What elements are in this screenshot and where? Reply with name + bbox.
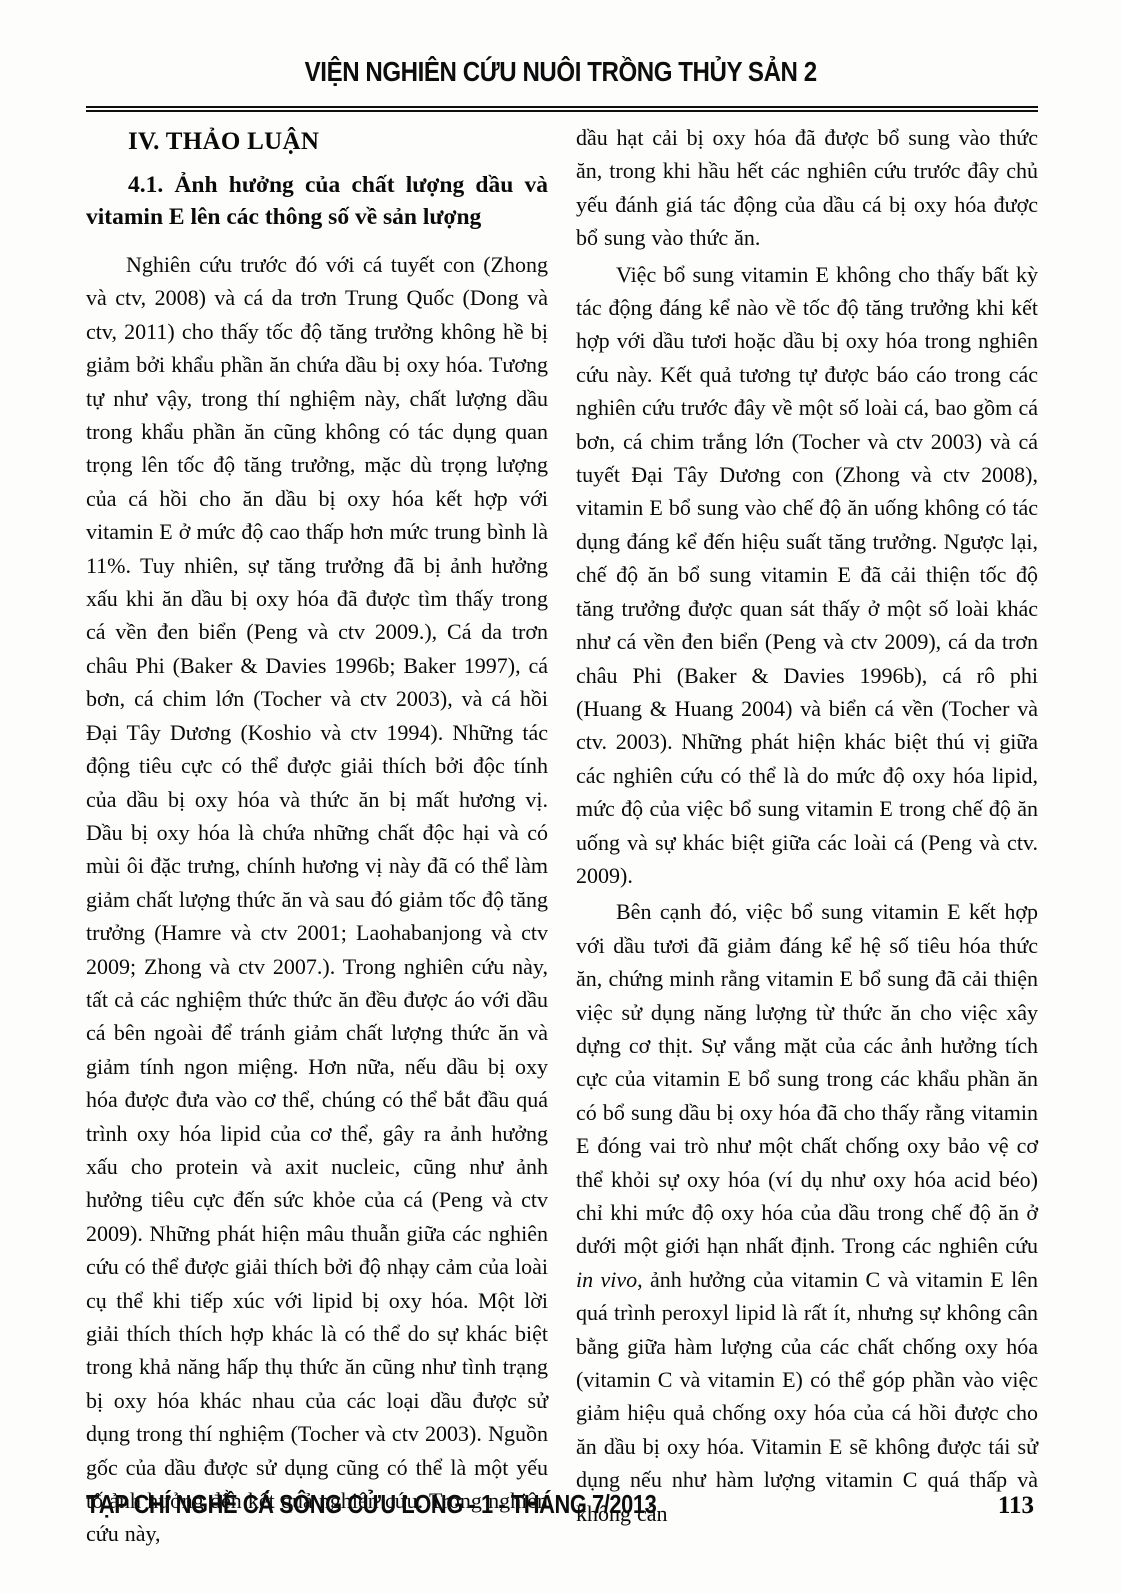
body-paragraph-2: Việc bổ sung vitamin E không cho thấy bấ… (576, 258, 1038, 893)
right-column: dầu hạt cải bị oxy hóa đã được bổ sung v… (576, 121, 1038, 1551)
left-column: IV. THẢO LUẬN 4.1. Ảnh hưởng của chất lư… (86, 121, 548, 1551)
footer-journal-title: TẠP CHÍ NGHỀ CÁ SÔNG CỬU LONG - 1 - THÁN… (86, 1489, 656, 1520)
body-paragraph-1: Nghiên cứu trước đó với cá tuyết con (Zh… (86, 248, 548, 1551)
header-title: VIỆN NGHIÊN CỨU NUÔI TRỒNG THỦY SẢN 2 (305, 56, 817, 88)
page-header: VIỆN NGHIÊN CỨU NUÔI TRỒNG THỦY SẢN 2 (0, 56, 1122, 88)
body-paragraph-1-continued: dầu hạt cải bị oxy hóa đã được bổ sung v… (576, 121, 1038, 255)
header-double-rule (86, 106, 1038, 112)
two-column-body: IV. THẢO LUẬN 4.1. Ảnh hưởng của chất lư… (86, 121, 1038, 1551)
paragraph-3-text-after: , ảnh hưởng của vitamin C và vitamin E l… (576, 1267, 1038, 1526)
subsection-heading: 4.1. Ảnh hưởng của chất lượng dầu và vit… (86, 170, 548, 233)
paragraph-3-italic-term: in vivo (576, 1267, 637, 1292)
body-paragraph-3: Bên cạnh đó, việc bổ sung vitamin E kết … (576, 895, 1038, 1530)
footer-page-number: 113 (998, 1492, 1034, 1520)
journal-page: VIỆN NGHIÊN CỨU NUÔI TRỒNG THỦY SẢN 2 IV… (0, 0, 1122, 1594)
paragraph-3-text-before: Bên cạnh đó, việc bổ sung vitamin E kết … (576, 899, 1038, 1258)
page-footer: TẠP CHÍ NGHỀ CÁ SÔNG CỬU LONG - 1 - THÁN… (86, 1489, 765, 1520)
section-heading: IV. THẢO LUẬN (86, 128, 548, 156)
